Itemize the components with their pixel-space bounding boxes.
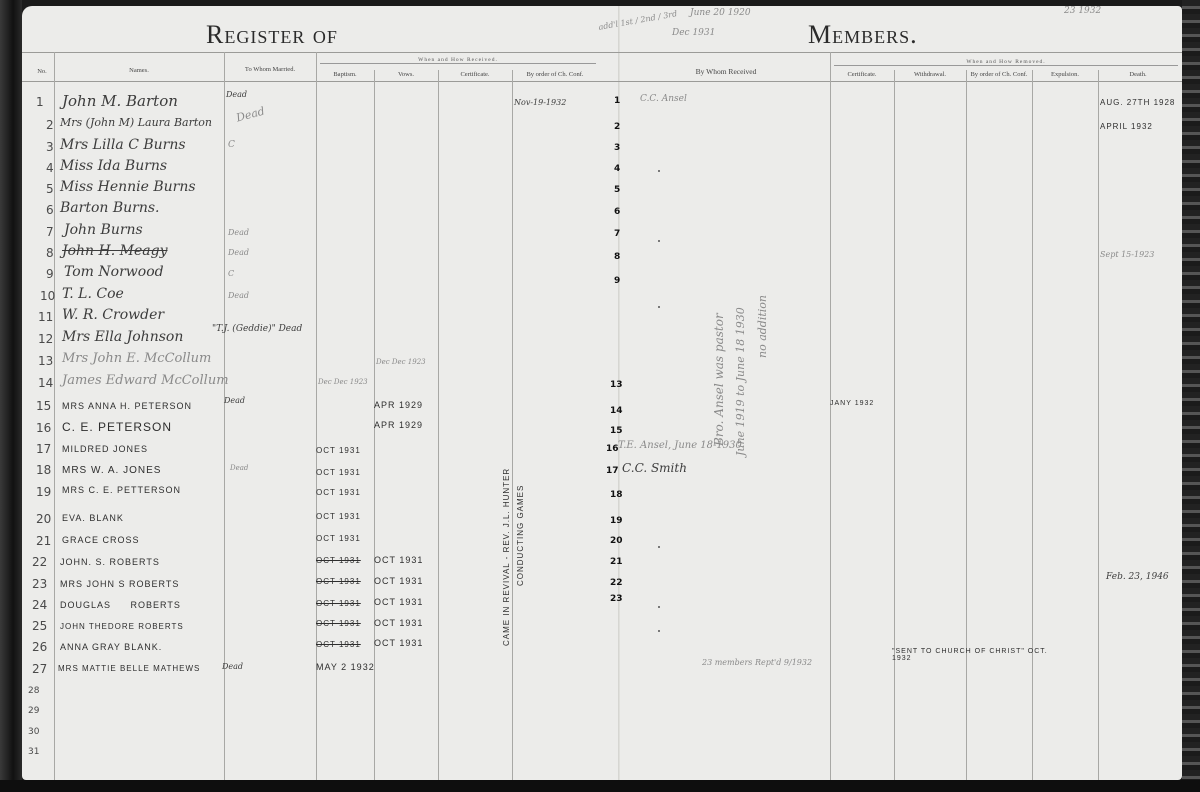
baptism-date-struck: Oct 1931 bbox=[316, 577, 361, 586]
received-seq: 6 bbox=[614, 207, 620, 217]
received-seq: 2 bbox=[614, 122, 620, 132]
baptism-date-struck: Oct 1931 bbox=[316, 599, 361, 608]
header-no: No. bbox=[30, 68, 54, 75]
received-seq: 9 bbox=[614, 276, 620, 286]
married-note: Dead bbox=[228, 228, 249, 237]
row-number: 2 bbox=[46, 118, 54, 132]
row-number: 29 bbox=[28, 706, 39, 716]
header-received-group: When and How Received. bbox=[320, 57, 596, 64]
vows-date: Oct 1931 bbox=[374, 555, 423, 565]
received-seq: 13 bbox=[610, 380, 623, 390]
member-name: Mrs W. A. Jones bbox=[62, 465, 161, 476]
baptism-date-struck: Oct 1931 bbox=[316, 556, 361, 565]
col-divider bbox=[438, 70, 439, 780]
received-seq: 18 bbox=[610, 490, 623, 500]
header-death: Death. bbox=[1098, 71, 1178, 78]
received-seq: 15 bbox=[610, 426, 623, 436]
row-number: 16 bbox=[36, 421, 51, 435]
vows-date: Oct 1931 bbox=[374, 597, 423, 607]
header-expulsion: Expulsion. bbox=[1032, 71, 1098, 78]
death-date: Feb. 23, 1946 bbox=[1106, 572, 1169, 582]
member-name: John Burns bbox=[64, 222, 143, 238]
member-name: Barton Burns. bbox=[60, 200, 160, 216]
header-removed-group: When and How Removed. bbox=[834, 59, 1178, 66]
death-date: April 1932 bbox=[1100, 122, 1153, 131]
row-number: 31 bbox=[28, 747, 39, 757]
row-number: 15 bbox=[36, 399, 51, 413]
married-note: Dead bbox=[228, 248, 249, 257]
col-divider bbox=[54, 52, 55, 780]
member-name: Miss Hennie Burns bbox=[60, 179, 196, 195]
conducting-annotation: Conducting Games bbox=[516, 485, 525, 586]
pastor-note-line-1: Bro. Ansel was pastor bbox=[712, 313, 726, 446]
death-date: Sept 15-1923 bbox=[1100, 250, 1154, 259]
row-number: 8 bbox=[46, 246, 54, 260]
received-seq: 1 bbox=[614, 96, 620, 106]
row-number: 28 bbox=[28, 686, 39, 696]
header-by-order-ch-conf: By order of Ch. Conf. bbox=[512, 71, 598, 78]
baptism-date: Oct 1931 bbox=[316, 512, 361, 521]
col-divider bbox=[966, 70, 967, 780]
received-seq: 19 bbox=[610, 516, 623, 526]
row-number: 27 bbox=[32, 662, 47, 676]
vows-date: Oct 1931 bbox=[374, 618, 423, 628]
row-number: 21 bbox=[36, 534, 51, 548]
received-seq: 17 bbox=[606, 466, 619, 476]
member-name: Mrs Lilla C Burns bbox=[60, 137, 186, 153]
row-number: 14 bbox=[38, 376, 53, 390]
vows-date: Apr 1929 bbox=[374, 420, 423, 430]
header-removed-certificate: Certificate. bbox=[830, 71, 894, 78]
married-note: Dead bbox=[222, 662, 243, 671]
row-number: 19 bbox=[36, 485, 51, 499]
row-number: 26 bbox=[32, 640, 47, 654]
header-certificate: Certificate. bbox=[438, 71, 512, 78]
member-name: John H. Meagy bbox=[62, 243, 167, 259]
member-name: James Edward McCollum bbox=[62, 373, 229, 388]
received-seq: 8 bbox=[614, 252, 620, 262]
row-number: 1 bbox=[36, 95, 44, 109]
member-name: Mrs Mattie Belle Mathews bbox=[58, 664, 200, 673]
member-name: Mrs Ella Johnson bbox=[62, 329, 183, 345]
removed-certificate-date: Jany 1932 bbox=[830, 400, 874, 407]
row-number: 6 bbox=[46, 203, 54, 217]
row-number: 10 bbox=[40, 289, 55, 303]
vows-date: Oct 1931 bbox=[374, 576, 423, 586]
member-name: Douglas Roberts bbox=[60, 600, 181, 610]
member-name: C. E. Peterson bbox=[62, 420, 172, 434]
member-name: John M. Barton bbox=[62, 92, 178, 110]
member-name: Grace Cross bbox=[62, 535, 140, 545]
married-note: "T.J. (Geddie)" Dead bbox=[212, 324, 302, 334]
received-seq: 14 bbox=[610, 406, 623, 416]
register-page: Register of Members. add'l 1st / 2nd / 3… bbox=[22, 6, 1182, 780]
header-withdrawal: Withdrawal. bbox=[894, 71, 966, 78]
received-by: 23 members Rept'd 9/1932 bbox=[702, 658, 812, 667]
row-number: 25 bbox=[32, 619, 47, 633]
received-seq: 4 bbox=[614, 164, 620, 174]
col-divider bbox=[1032, 70, 1033, 780]
member-name: Mrs John E. McCollum bbox=[62, 351, 211, 366]
baptism-date: Oct 1931 bbox=[316, 488, 361, 497]
book-binding-left bbox=[0, 0, 22, 792]
baptism-date: Oct 1931 bbox=[316, 468, 361, 477]
header-removed-by-order: By order of Ch. Conf. bbox=[966, 71, 1032, 78]
member-name: Eva. Blank bbox=[62, 513, 124, 523]
header-names: Names. bbox=[54, 67, 224, 74]
member-name: W. R. Crowder bbox=[62, 307, 164, 323]
member-name: T. L. Coe bbox=[62, 286, 124, 302]
member-name: Mrs Anna H. Peterson bbox=[62, 401, 192, 411]
header-bottom-rule bbox=[22, 81, 1182, 82]
member-name: Mrs John S Roberts bbox=[60, 579, 179, 589]
received-seq: 20 bbox=[610, 536, 623, 546]
received-seq: 3 bbox=[614, 143, 620, 153]
corner-note: 23 1932 bbox=[1064, 6, 1101, 16]
married-note: C bbox=[228, 269, 234, 278]
received-by: C.C. Ansel bbox=[640, 94, 687, 104]
removed-certificate-date: "Sent to Church of Christ" Oct. 1932 bbox=[892, 648, 1062, 662]
header-vows: Vows. bbox=[374, 71, 438, 78]
row-number: 9 bbox=[46, 267, 54, 281]
received-seq: 22 bbox=[610, 578, 623, 588]
death-date: Aug. 27th 1928 bbox=[1100, 98, 1175, 107]
member-name: John Thedore Roberts bbox=[60, 622, 184, 631]
header-top-rule bbox=[22, 52, 1182, 53]
margin-note-date-2: Dec 1931 bbox=[672, 28, 715, 38]
received-seq: 5 bbox=[614, 185, 620, 195]
book-binding-right bbox=[1182, 0, 1200, 792]
order-conf-date: Nov-19-1932 bbox=[514, 98, 566, 107]
pastor-note-line-2: June 1919 to June 18 1930 bbox=[734, 307, 747, 456]
baptism-date-struck: Oct 1931 bbox=[316, 619, 361, 628]
header-by-whom-received: By Whom Received bbox=[622, 67, 830, 76]
header-to-whom-married: To Whom Married. bbox=[224, 66, 316, 73]
member-name: Mrs (John M) Laura Barton bbox=[60, 116, 212, 129]
married-note: Dead bbox=[226, 90, 247, 99]
received-seq: 16 bbox=[606, 444, 619, 454]
baptism-date: Dec Dec 1923 bbox=[318, 378, 368, 386]
received-seq: 23 bbox=[610, 594, 623, 604]
col-divider bbox=[830, 52, 831, 780]
row-number: 5 bbox=[46, 182, 54, 196]
row-number: 4 bbox=[46, 161, 54, 175]
revival-annotation: Came in Revival - Rev. J.L. Hunter bbox=[502, 468, 511, 646]
title-right: Members. bbox=[808, 20, 918, 50]
received-seq: 7 bbox=[614, 229, 620, 239]
margin-note-additions: add'l 1st / 2nd / 3rd bbox=[598, 9, 678, 32]
baptism-date: May 2 1932 bbox=[316, 662, 375, 672]
row-number: 12 bbox=[38, 332, 53, 346]
member-name: John. S. Roberts bbox=[60, 557, 160, 567]
vows-date: Dec Dec 1923 bbox=[376, 358, 426, 366]
married-note: C bbox=[228, 140, 235, 150]
pastor-note-line-3: no addition bbox=[756, 295, 769, 358]
col-divider bbox=[894, 70, 895, 780]
member-name: Mildred Jones bbox=[62, 444, 148, 454]
member-name: Tom Norwood bbox=[64, 264, 164, 280]
row-number: 13 bbox=[38, 354, 53, 368]
member-name: Mrs C. E. Petterson bbox=[62, 485, 181, 495]
member-name: Miss Ida Burns bbox=[60, 158, 167, 174]
row-number: 7 bbox=[46, 225, 54, 239]
row-number: 30 bbox=[28, 727, 39, 737]
row-number: 11 bbox=[38, 310, 53, 324]
married-note: Dead bbox=[228, 291, 249, 300]
header-baptism: Baptism. bbox=[316, 71, 374, 78]
col-divider bbox=[1098, 70, 1099, 780]
member-name: Anna Gray Blank. bbox=[60, 642, 162, 652]
vows-date: Oct 1931 bbox=[374, 638, 423, 648]
received-seq: 21 bbox=[610, 557, 623, 567]
baptism-date: Oct 1931 bbox=[316, 534, 361, 543]
book-edge-bottom bbox=[0, 780, 1200, 792]
row-number: 20 bbox=[36, 512, 51, 526]
col-divider bbox=[512, 70, 513, 780]
vows-date: Apr 1929 bbox=[374, 400, 423, 410]
title-left: Register of bbox=[206, 20, 338, 50]
baptism-date-struck: Oct 1931 bbox=[316, 640, 361, 649]
margin-note-date-1: June 20 1920 bbox=[690, 8, 751, 18]
row-number: 23 bbox=[32, 577, 47, 591]
row-number: 24 bbox=[32, 598, 47, 612]
row-number: 18 bbox=[36, 463, 51, 477]
married-note: Dead bbox=[230, 464, 248, 472]
married-note: Dead bbox=[224, 396, 245, 405]
dead-stamp: Dead bbox=[235, 104, 266, 124]
row-number: 17 bbox=[36, 442, 51, 456]
baptism-date: Oct 1931 bbox=[316, 446, 361, 455]
row-number: 3 bbox=[46, 140, 54, 154]
received-by: C.C. Smith bbox=[622, 461, 687, 475]
row-number: 22 bbox=[32, 555, 47, 569]
